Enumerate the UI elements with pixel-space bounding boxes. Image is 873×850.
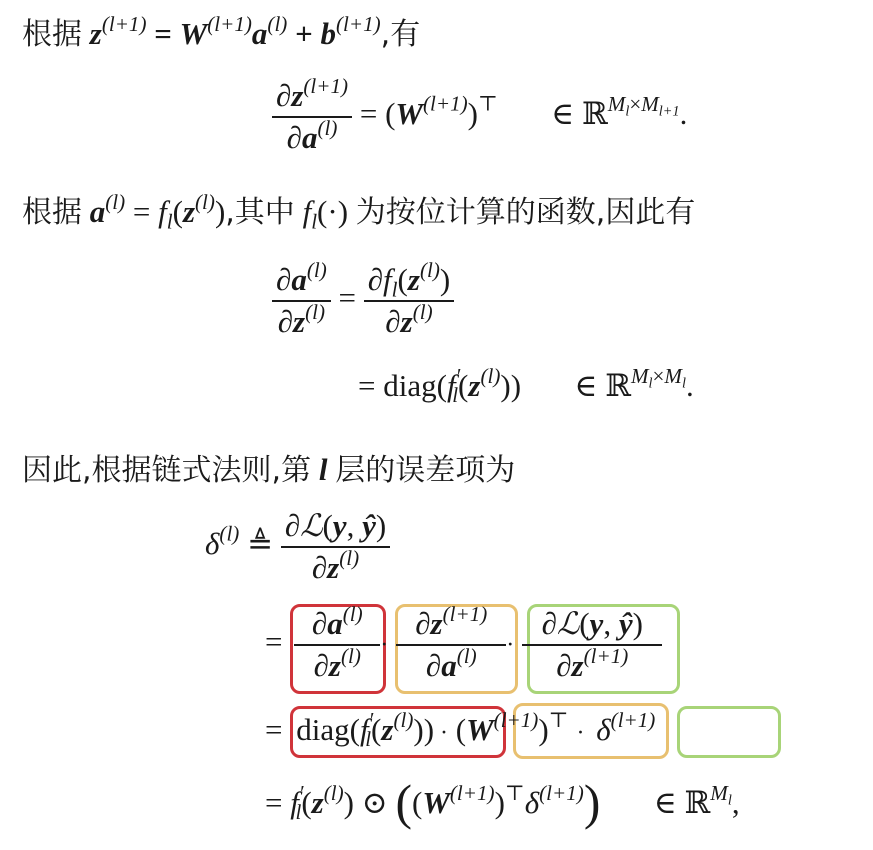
fraction-da-dz: ∂a(l) ∂z(l)	[272, 262, 331, 339]
fraction-dL-dz: ∂ℒ(y, ŷ) ∂z(l)	[281, 508, 390, 585]
paragraph-1: 根据 z(l+1) = W(l+1)a(l) + b(l+1),有	[22, 18, 420, 50]
equation-3-definition: δ(l) ≜ ∂ℒ(y, ŷ) ∂z(l)	[205, 508, 390, 585]
paragraph-3: 因此,根据链式法则,第 l 层的误差项为	[22, 454, 515, 486]
paragraph-2: 根据 a(l) = fl(z(l)),其中 fl(·) 为按位计算的函数,因此有	[22, 196, 695, 228]
equation-3-final: = f′l(z(l)) ⊙ ((W(l+1))⊤δ(l+1)) ∈ ℝMl,	[265, 778, 740, 828]
equation-2a: ∂a(l) ∂z(l) = ∂fl(z(l)) ∂z(l)	[272, 262, 454, 339]
text-p1-prefix: 根据	[22, 17, 82, 52]
highlight-box-green-2	[677, 706, 781, 758]
fraction-dz-da: ∂z(l+1) ∂a(l)	[272, 78, 352, 155]
fraction-df-dz: ∂fl(z(l)) ∂z(l)	[364, 262, 454, 339]
equation-3-chain: = ∂a(l) ∂z(l) · ∂z(l+1) ∂a(l) · ∂ℒ(y, ŷ)…	[265, 606, 662, 683]
equation-3-substituted: = diag(f′l(z(l)))· (W(l+1))⊤· δ(l+1)	[265, 714, 655, 745]
text-p1-suffix: ,有	[381, 17, 421, 52]
equation-2b: = diag(f′l(z(l))) ∈ ℝMl×Ml.	[358, 370, 694, 401]
equation-1: ∂z(l+1) ∂a(l) = (W(l+1))⊤ ∈ ℝMl×Ml+1.	[272, 78, 687, 155]
